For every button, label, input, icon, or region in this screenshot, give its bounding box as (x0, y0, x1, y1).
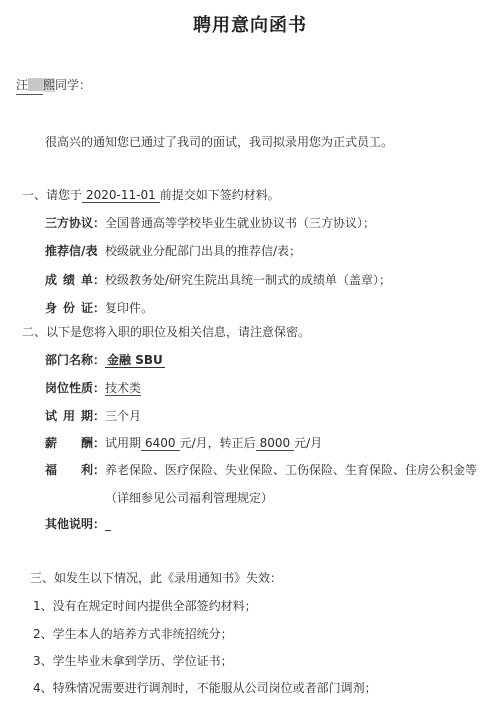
salutation-suffix: 同学： (55, 78, 91, 92)
material-row-shenfenzheng: 身份证：复印件。 (45, 300, 153, 317)
welfare-row: 福利：养老保险、医疗保险、失业保险、工伤保险、生育保险、住房公积金等 (45, 462, 477, 479)
welfare-value: 养老保险、医疗保险、失业保险、工伤保险、生育保险、住房公积金等 (105, 463, 477, 477)
jobtype-label: 岗位性质 (45, 380, 93, 397)
label-colon: ： (93, 381, 105, 395)
welfare-label: 福利 (45, 462, 93, 479)
other-value: _ (105, 517, 111, 531)
other-row: 其他说明：_ (45, 516, 111, 533)
salary-regular-amount: 8000 (256, 436, 295, 451)
intro-paragraph: 很高兴的通知您已通过了我司的面试，我司拟录用您为正式员工。 (45, 134, 393, 151)
material-value: 全国普通高等学校毕业生就业协议书（三方协议）； (105, 216, 375, 230)
section2-heading: 二、以下是您将入职的职位及相关信息，请注意保密。 (22, 324, 310, 341)
label-colon: ： (93, 216, 105, 230)
section1-heading-prefix: 一、请您于 (22, 188, 82, 202)
probation-row: 试用期：三个月 (45, 408, 141, 425)
welfare-note: （详细参见公司福利管理规定） (105, 490, 273, 507)
label-colon: ： (93, 244, 105, 258)
document-page: 聘用意向函书 汪熙同学： 很高兴的通知您已通过了我司的面试，我司拟录用您为正式员… (0, 0, 500, 701)
material-label: 成绩单 (45, 272, 93, 289)
label-colon: ： (93, 517, 105, 531)
probation-value: 三个月 (105, 409, 141, 423)
material-value: 复印件。 (105, 301, 153, 315)
salary-row: 薪酬：试用期6400元/月，转正后8000元/月 (45, 435, 322, 452)
jobtype-row: 岗位性质：技术类 (45, 380, 141, 397)
material-label: 推荐信/表 (45, 243, 93, 260)
recipient-given-name: 熙 (43, 78, 55, 92)
dept-value: 金融 SBU (105, 353, 165, 368)
label-colon: ： (93, 353, 105, 367)
jobtype-value: 技术类 (105, 381, 141, 396)
invalid-condition-item: 3、学生毕业未拿到学历、学位证书； (33, 653, 233, 670)
salary-label: 薪酬 (45, 435, 93, 452)
recipient-surname: 汪 (16, 78, 28, 92)
material-row-chengjidan: 成绩单：校级教务处/研究生院出具统一制式的成绩单（盖章）； (45, 272, 391, 289)
dept-row: 部门名称：金融 SBU (45, 352, 165, 369)
deadline-date: 2020-11-01 (82, 188, 160, 203)
label-colon: ： (93, 463, 105, 477)
page-title: 聘用意向函书 (0, 11, 500, 37)
material-label: 身份证 (45, 300, 93, 317)
invalid-condition-item: 4、特殊情况需要进行调剂时，不能服从公司岗位或者部门调剂； (33, 680, 377, 697)
salutation-line: 汪熙同学： (16, 77, 91, 95)
invalid-condition-item: 2、学生本人的培养方式非统招统分； (33, 626, 233, 643)
material-label: 三方协议 (45, 215, 93, 232)
label-colon: ： (93, 409, 105, 423)
salary-prefix: 试用期 (105, 436, 141, 450)
label-colon: ： (93, 273, 105, 287)
material-value: 校级就业分配部门出具的推荐信/表； (105, 244, 301, 258)
probation-label: 试用期 (45, 408, 93, 425)
recipient-name: 汪 (16, 77, 43, 95)
dept-label: 部门名称 (45, 352, 93, 369)
material-value: 校级教务处/研究生院出具统一制式的成绩单（盖章）； (105, 273, 391, 287)
label-colon: ： (93, 301, 105, 315)
other-label: 其他说明 (45, 516, 93, 533)
salary-suffix: 元/月 (294, 436, 322, 450)
redaction-box (28, 78, 43, 91)
section1-heading-suffix: 前提交如下签约材料。 (160, 188, 280, 202)
salary-probation-amount: 6400 (141, 436, 180, 451)
material-row-tuijianxin: 推荐信/表：校级就业分配部门出具的推荐信/表； (45, 243, 301, 260)
section3-heading: 三、如发生以下情况，此《录用通知书》失效： (30, 570, 282, 587)
invalid-condition-item: 1、没有在规定时间内提供全部签约材料； (33, 598, 257, 615)
section1-heading: 一、请您于2020-11-01前提交如下签约材料。 (22, 187, 280, 204)
salary-mid: 元/月，转正后 (180, 436, 256, 450)
label-colon: ： (93, 436, 105, 450)
material-row-sanfang: 三方协议：全国普通高等学校毕业生就业协议书（三方协议）； (45, 215, 375, 232)
